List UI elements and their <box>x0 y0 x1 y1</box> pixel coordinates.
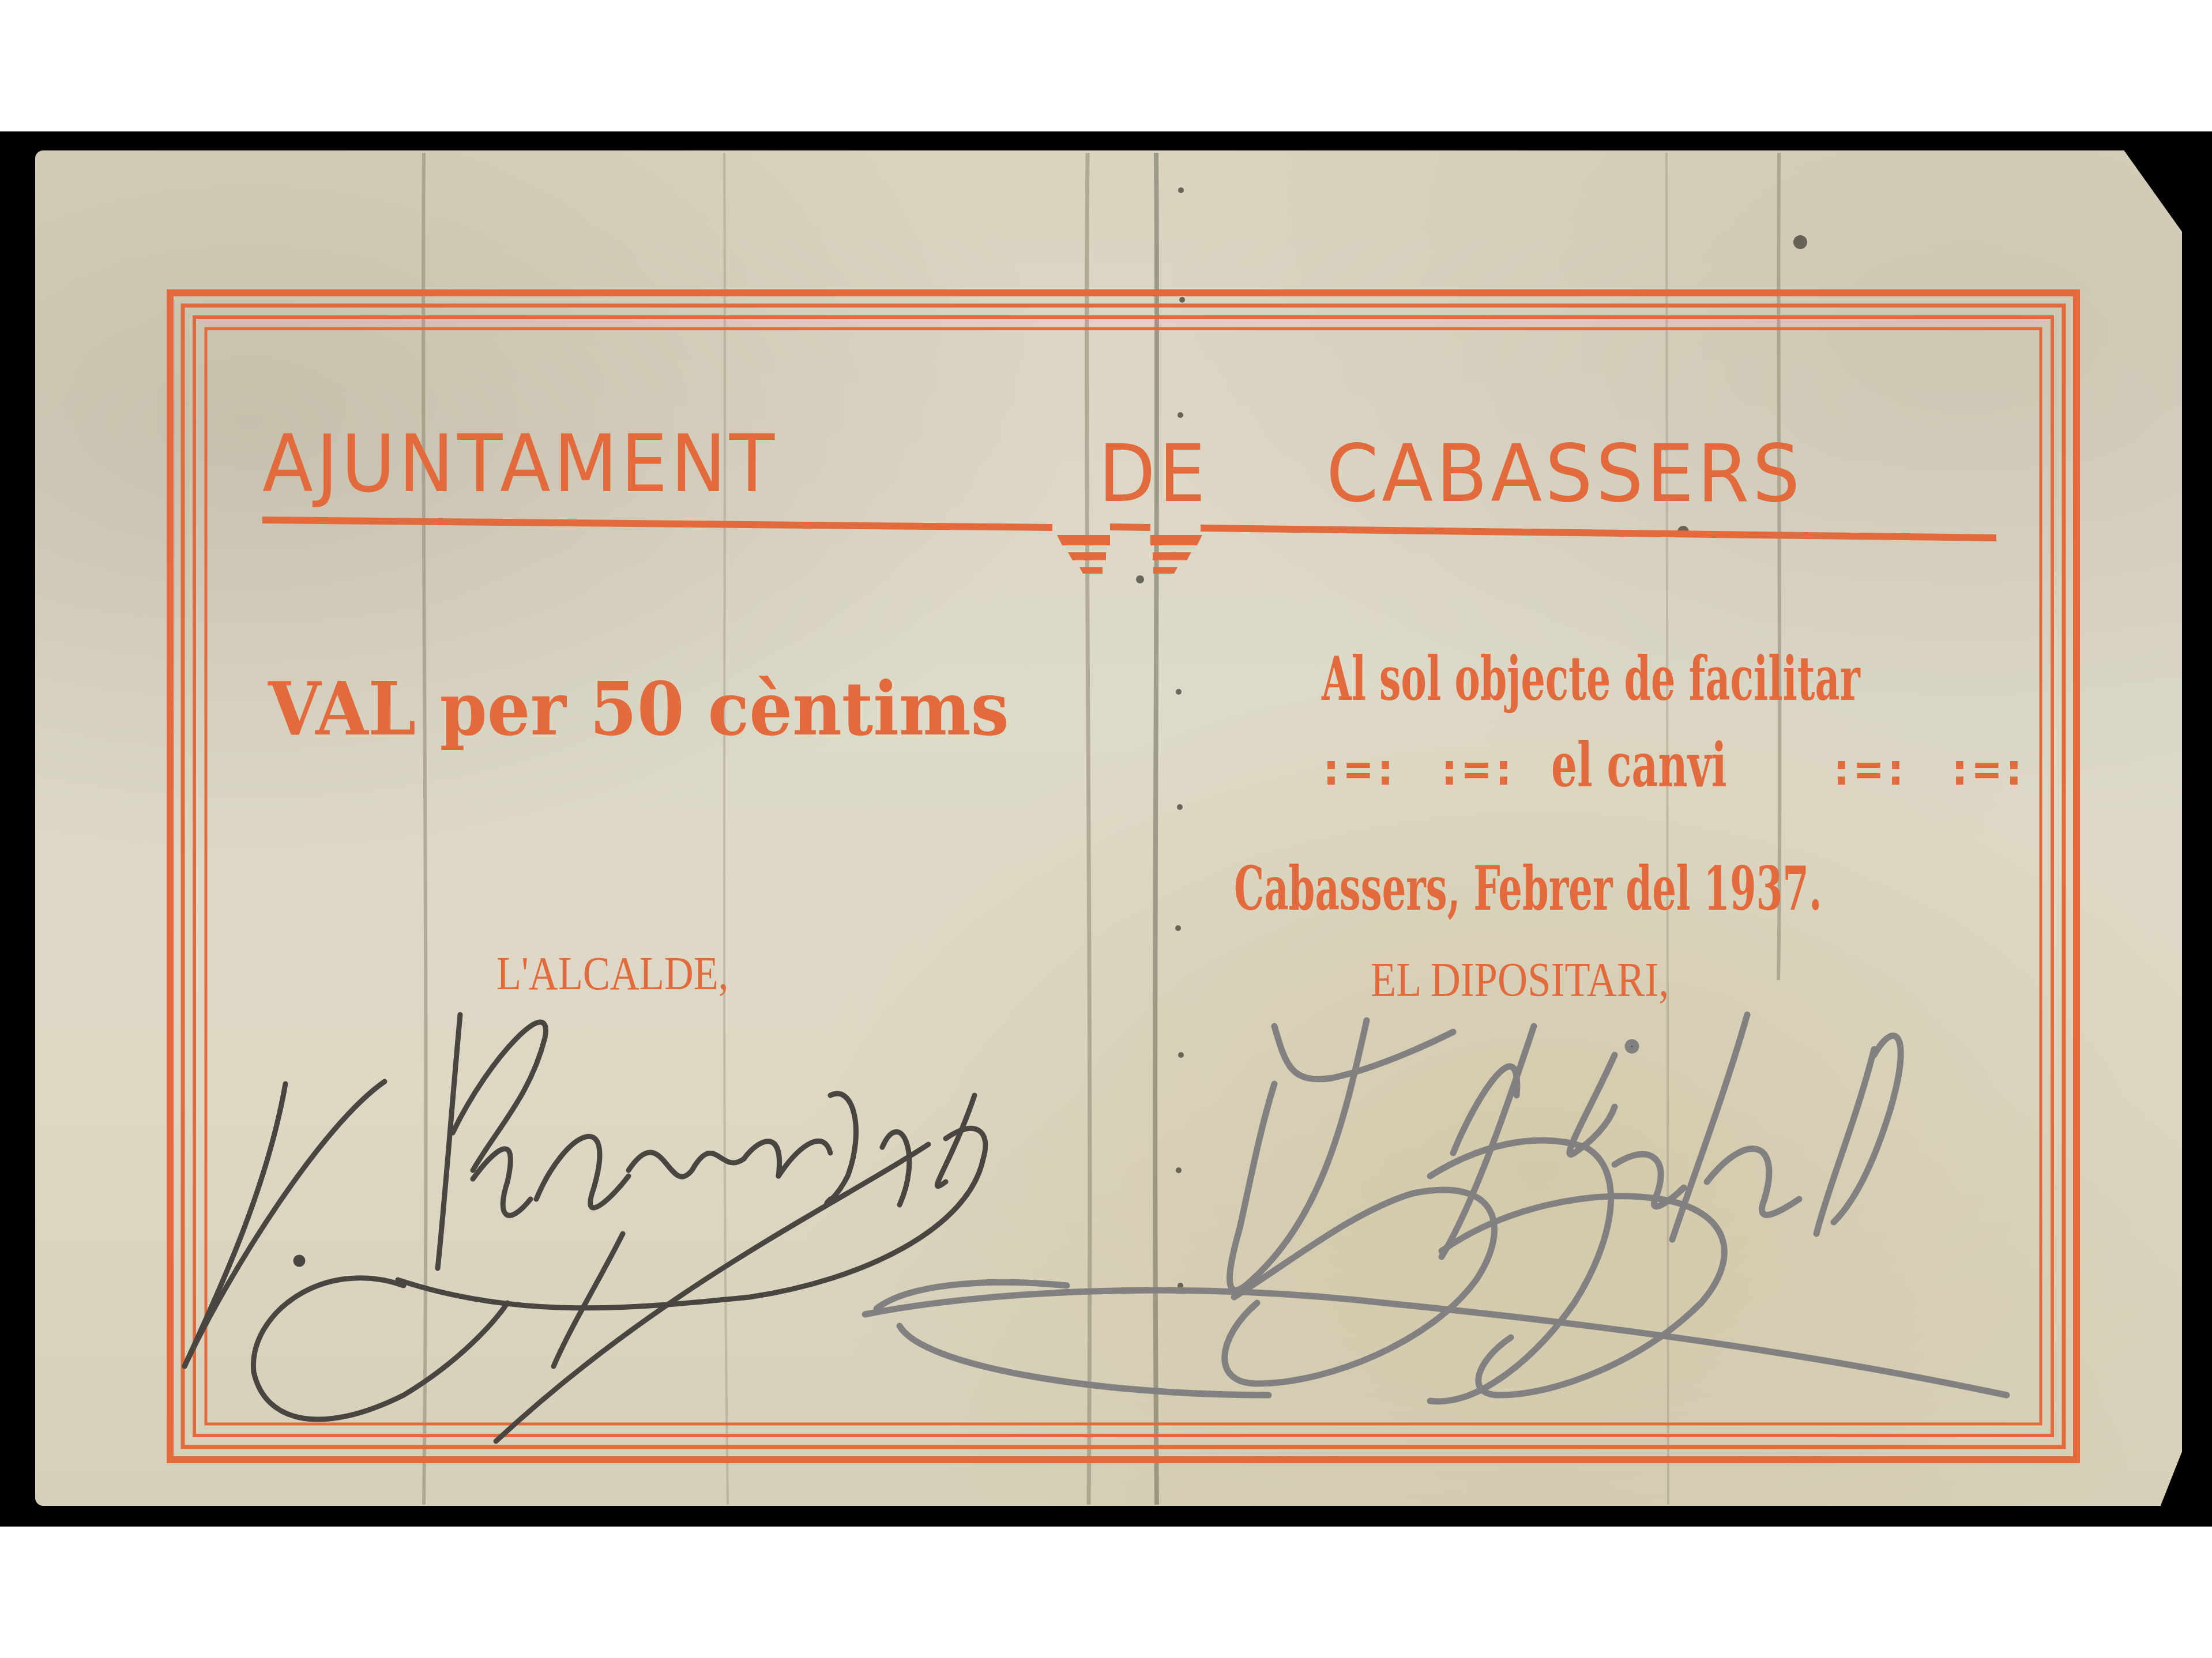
issuer-title-part1: AJUNTAMENT <box>262 424 778 504</box>
title-underline <box>262 520 1996 538</box>
signature-mayor-text: V. Porqueres <box>185 1015 185 1015</box>
signatory-label-mayor: L'ALCALDE, <box>496 948 728 1000</box>
value-text: VAL per 50 cèntims <box>268 669 1009 749</box>
purpose-line-1: Al sol objecte de facilitar <box>1322 645 1860 714</box>
winged-emblem-icon <box>1057 535 1202 574</box>
ornament-4: :=: <box>1946 744 2027 796</box>
ornament-1: :=: <box>1318 744 1399 796</box>
issuer-title-part3: CABASSERS <box>1326 434 1803 514</box>
signature-treasurer: V. Vidal <box>865 1015 2018 1418</box>
issuer-title-part2: DE <box>1099 434 1209 514</box>
purpose-line-2: el canvi <box>1551 731 1727 800</box>
ornament-2: :=: <box>1436 744 1517 796</box>
signature-treasurer-text: V. Vidal <box>865 1015 866 1015</box>
signatory-label-treasurer: EL DIPOSITARI, <box>1371 955 1669 1007</box>
ornament-3: :=: <box>1828 744 1909 796</box>
place-date: Cabassers, Febrer del 1937. <box>1234 854 1822 924</box>
